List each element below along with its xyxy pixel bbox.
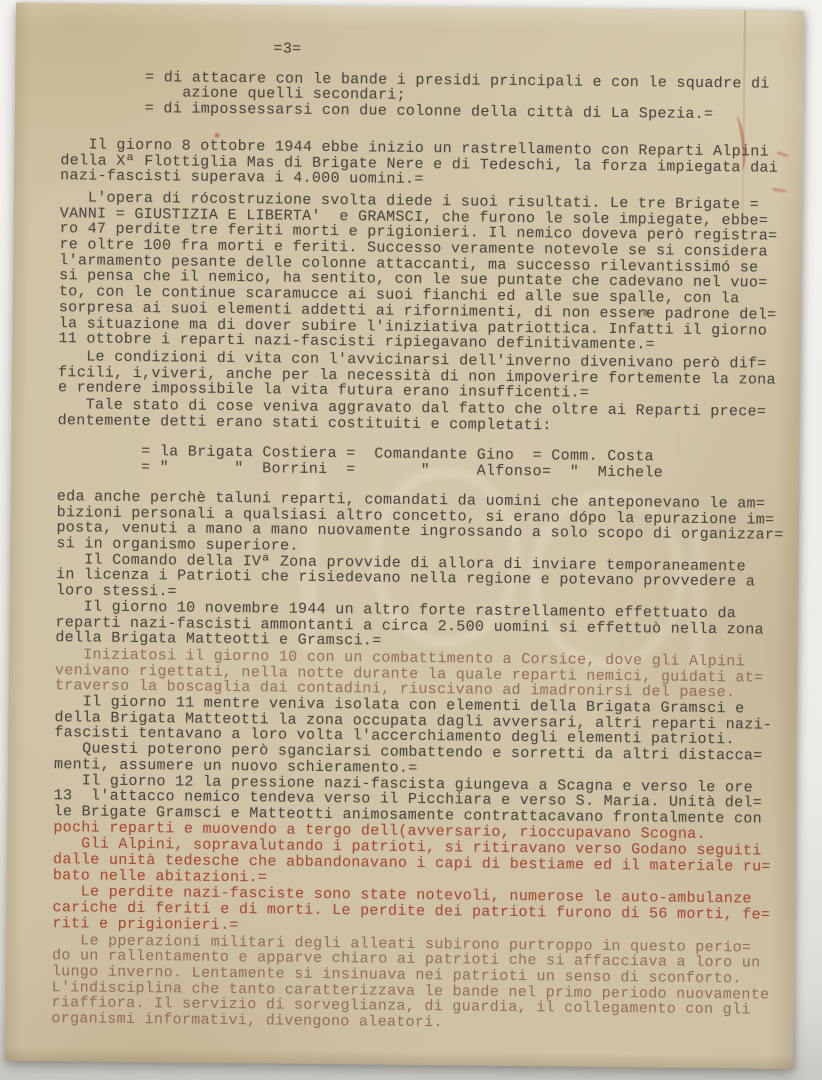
para-combattimento-corsice: Iniziatosi il giorno 10 con un combattim… <box>55 647 783 702</box>
objectives-list: = di attacare con le bande i presidi pri… <box>61 69 789 124</box>
para-opera-ricostruzione: L'opera di rócostruzione svolta diede i … <box>58 190 787 355</box>
typewritten-text: =3= = di attacare con le bande i presidi… <box>51 39 788 1034</box>
para-rastrellamento-10-novembre: Il giorno 10 novembre 1944 un altro fort… <box>55 599 783 654</box>
para-perdite: Le perdite nazi-fasciste sono state note… <box>52 885 780 940</box>
para-ambizioni-personali: eda anche perchè taluni reparti, comanda… <box>56 489 784 559</box>
brigade-assignments-table: = la Brigata Costiera = Comandante Gino … <box>57 444 784 483</box>
para-condizioni-di-vita: Le condizioni di vita con l'avvicinarsi … <box>58 349 786 404</box>
scan-background: { "colors":{ "paper":"#cfc2a4", "ink_dar… <box>0 0 822 1080</box>
para-tale-stato-di-cose: Tale stato di cose veniva aggravato dal … <box>58 397 785 436</box>
page-number: =3= <box>61 39 788 62</box>
document-page: =3= = di attacare con le bande i presidi… <box>5 3 804 1069</box>
para-giorno-12-scagna: Il giorno 12 la pressione nazi-fascista … <box>53 773 781 828</box>
para-alpini-ritirata-godano: Gli Alpini, sopravalutando i patrioti, s… <box>53 836 781 891</box>
para-operazioni-alleati: Le pperazioni militari degli alleati sub… <box>51 933 779 1035</box>
para-rastrellamento-8-ottobre: Il giorno 8 ottobre 1944 ebbe inizio un … <box>60 137 788 192</box>
